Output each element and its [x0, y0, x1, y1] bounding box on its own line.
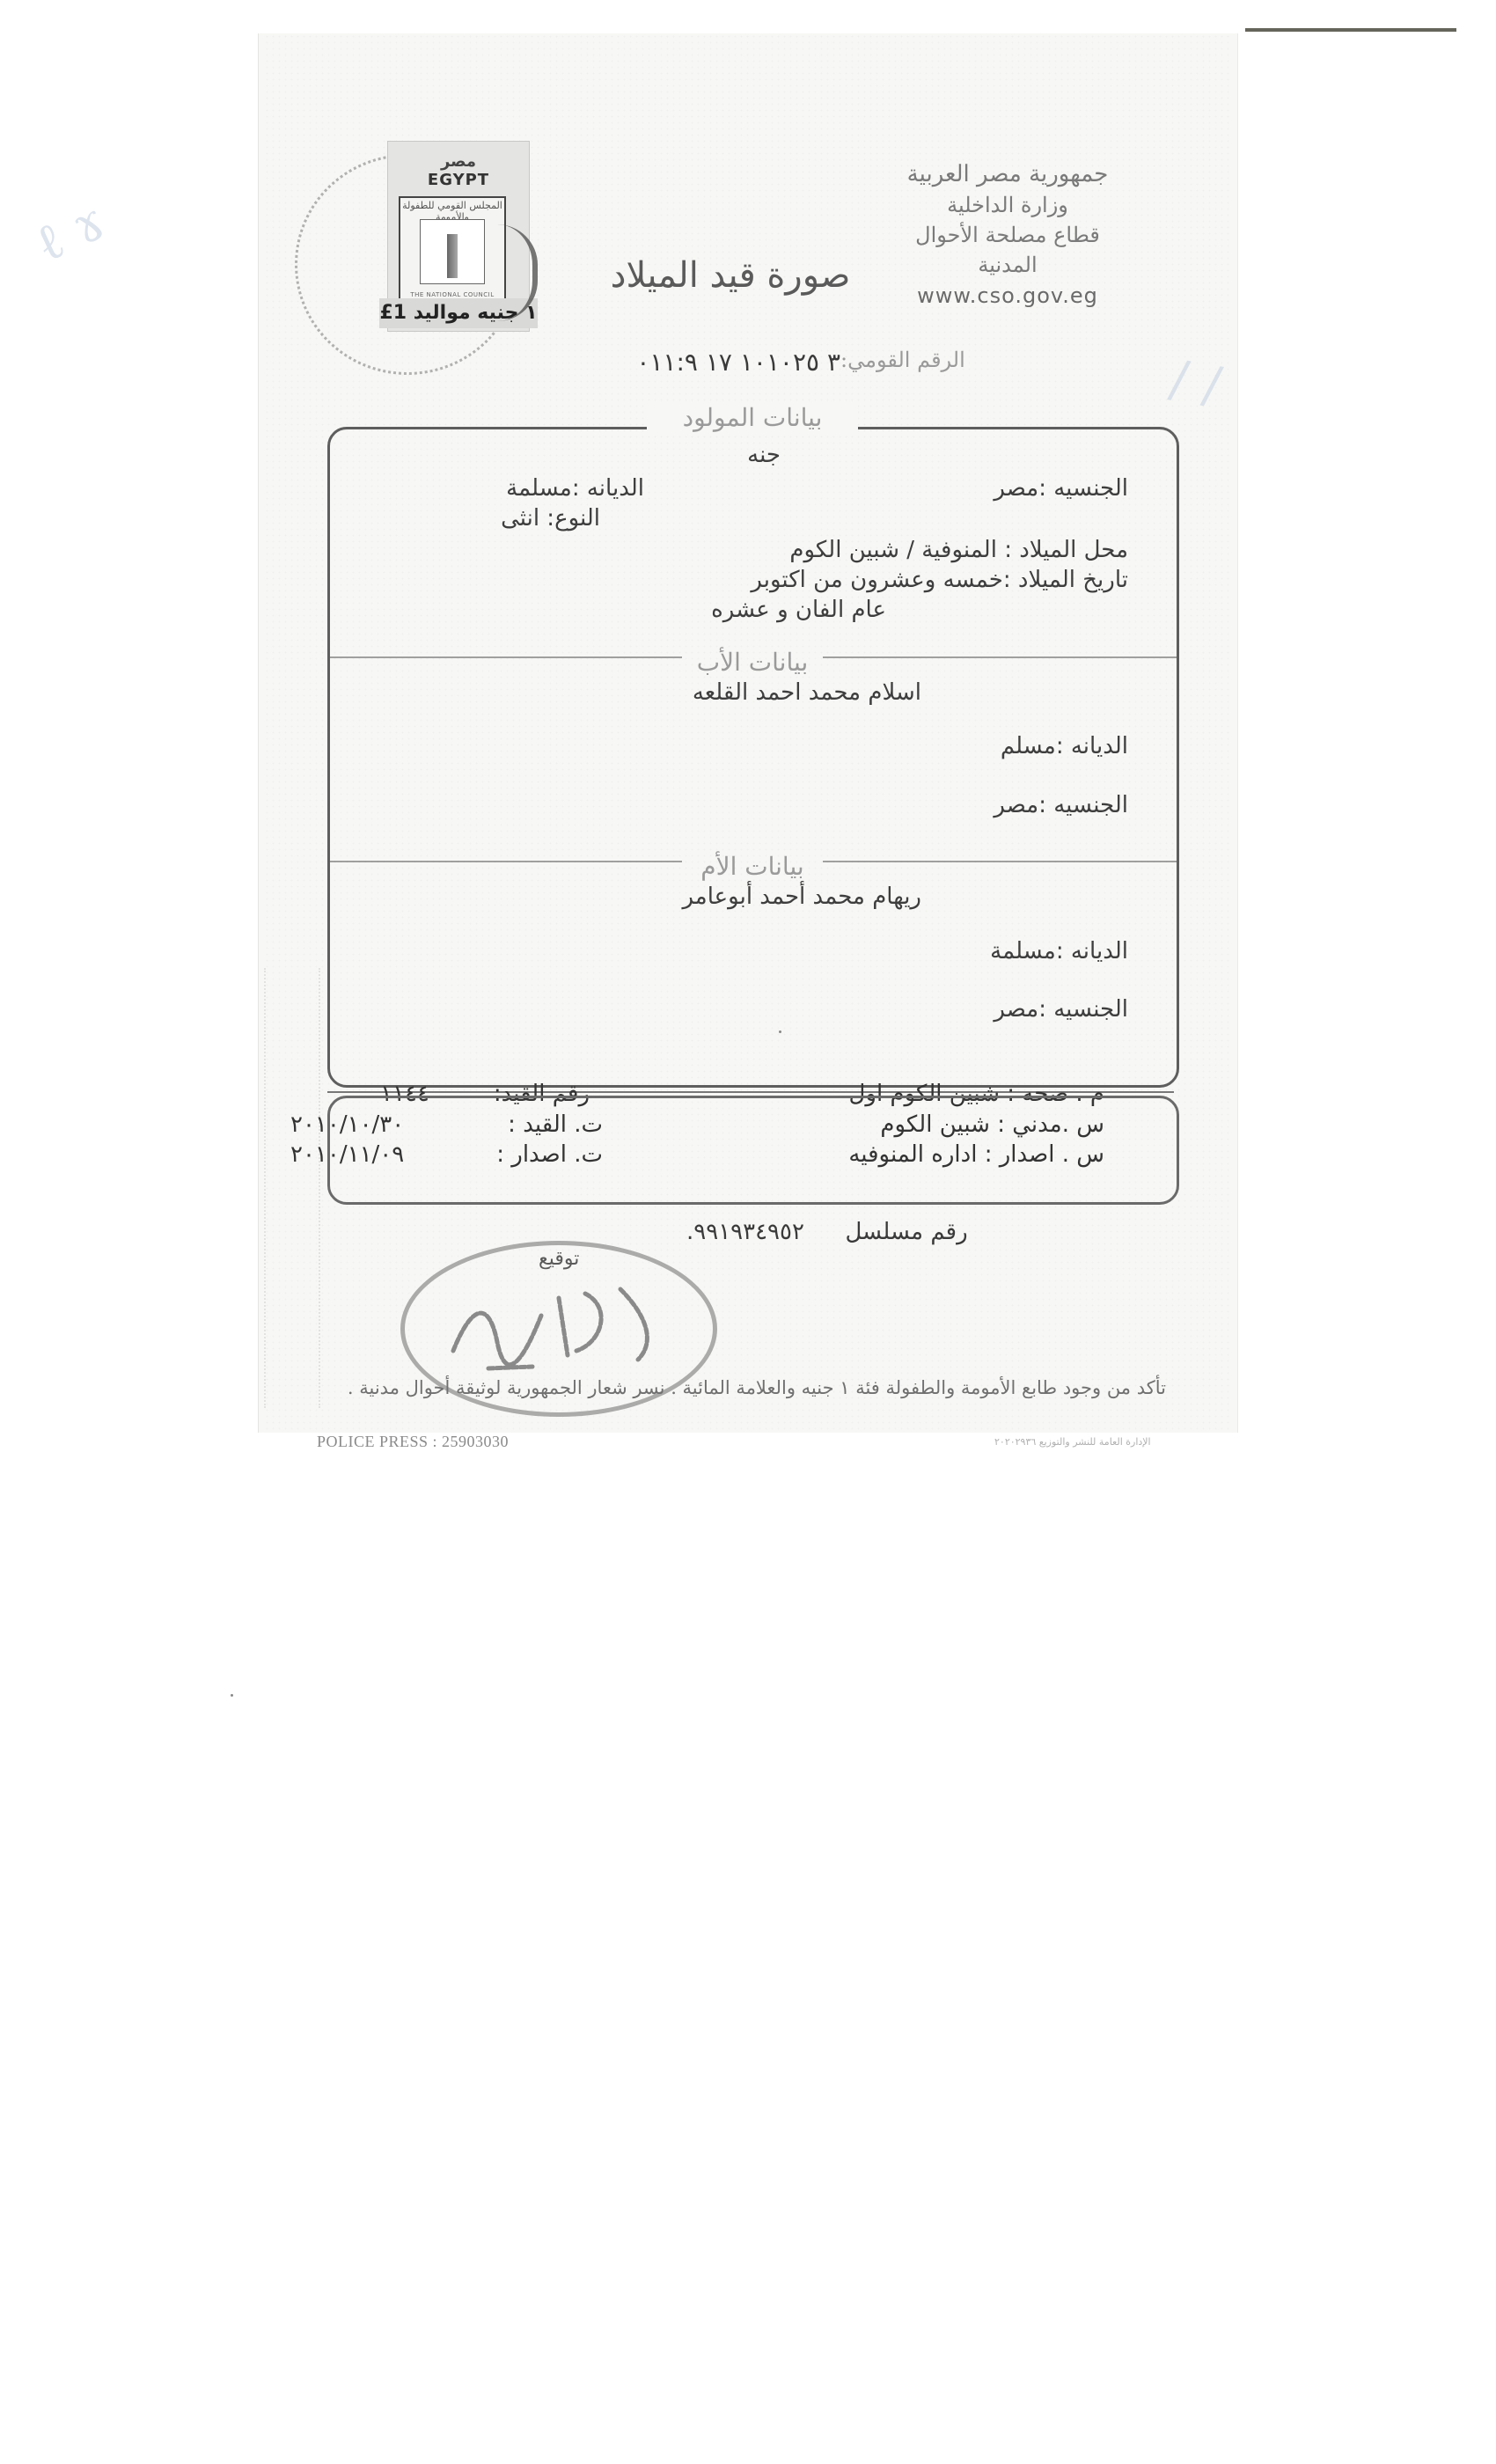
section-divider	[823, 656, 1177, 658]
faint-handwriting: ℓ ɤ	[26, 191, 114, 275]
civil-registry: س .مدني : شبين الكوم	[880, 1111, 1104, 1138]
authenticity-notice: تأكد من وجود طابع الأمومة والطفولة فئة ١…	[348, 1377, 1166, 1398]
serial-label: رقم مسلسل	[845, 1219, 967, 1245]
printer-imprint: POLICE PRESS : 25903030	[317, 1433, 509, 1451]
mother-religion: الديانه :مسلمة	[990, 938, 1128, 964]
mother-name: ريهام محمد أحمد أبوعامر	[682, 884, 921, 910]
stamp-country-en: EGYPT	[388, 171, 529, 189]
stamp-emblem	[420, 219, 485, 284]
ministry-line-2: وزارة الداخلية	[906, 190, 1109, 220]
father-name: اسلام محمد احمد القلعه	[693, 679, 921, 706]
newborn-birthplace: محل الميلاد : المنوفية / شبين الكوم	[789, 537, 1128, 563]
newborn-name: جنه	[747, 442, 781, 468]
father-nationality: الجنسيه :مصر	[994, 792, 1128, 818]
serial-value: ٩٩١٩٣٤٩٥٢.	[686, 1219, 804, 1245]
pillar-icon	[447, 234, 458, 278]
ministry-line-1: جمهورية مصر العربية	[906, 158, 1109, 190]
newborn-religion: الديانه :مسلمة	[506, 475, 644, 502]
document-title: صورة قيد الميلاد	[581, 255, 880, 296]
stamp-frame: المجلس القومي للطفولة والأمومة THE NATIO…	[399, 196, 506, 301]
left-guilloche-border	[264, 968, 320, 1408]
record-date-value: ٢٠١٠/١٠/٣٠	[290, 1111, 404, 1138]
newborn-section-title: بيانات المولود	[647, 403, 858, 432]
serial-number: رقم مسلسل ٩٩١٩٣٤٩٥٢.	[686, 1219, 968, 1245]
ministry-line-3: قطاع مصلحة الأحوال المدنية	[906, 220, 1109, 280]
faint-handwriting: / ∕	[1166, 348, 1226, 416]
mother-section-title: بيانات الأم	[682, 852, 823, 881]
national-id-label: الرقم القومي:	[840, 348, 965, 372]
stamp-issuer-en: THE NATIONAL COUNCIL	[400, 291, 504, 298]
section-divider	[330, 861, 682, 862]
section-divider	[823, 861, 1177, 862]
stray-mark	[779, 1030, 781, 1033]
record-date-label: ت. القيد :	[508, 1111, 603, 1138]
section-divider	[330, 656, 682, 658]
signature-scrawl-icon	[436, 1272, 682, 1377]
father-religion: الديانه :مسلم	[1001, 733, 1128, 759]
newborn-gender: النوع: انثى	[501, 505, 600, 532]
printer-imprint-ar: الإدارة العامة للنشر والتوزيع ٢٠٢٠٢٩٣٦	[994, 1436, 1151, 1448]
issue-date-label: ت. اصدار :	[496, 1141, 603, 1168]
national-id-value: ٣ ١٠١٠٢٥ ١٧ ٠١١:٩	[497, 348, 840, 377]
mother-nationality: الجنسيه :مصر	[994, 996, 1128, 1023]
newborn-birthdate: تاريخ الميلاد :خمسه وعشرون من اكتوبر	[751, 567, 1128, 593]
newborn-nationality: الجنسيه :مصر	[994, 475, 1128, 502]
signature-label: توقيع	[539, 1248, 579, 1270]
ministry-header: جمهورية مصر العربية وزارة الداخلية قطاع …	[906, 158, 1109, 308]
scan-edge-line	[1245, 28, 1456, 32]
father-section-title: بيانات الأب	[682, 648, 823, 677]
stamp-country-ar: مصر	[388, 152, 529, 171]
newborn-birthdate-year: عام الفان و عشره	[711, 597, 886, 623]
issue-date-value: ٢٠١٠/١١/٠٩	[290, 1141, 404, 1168]
website-link[interactable]: www.cso.gov.eg	[906, 283, 1109, 308]
stray-mark	[231, 1694, 233, 1697]
main-data-box: بيانات المولود جنه الجنسيه :مصر الديانه …	[327, 427, 1179, 1088]
issue-office: س . اصدار : اداره المنوفيه	[848, 1141, 1104, 1168]
